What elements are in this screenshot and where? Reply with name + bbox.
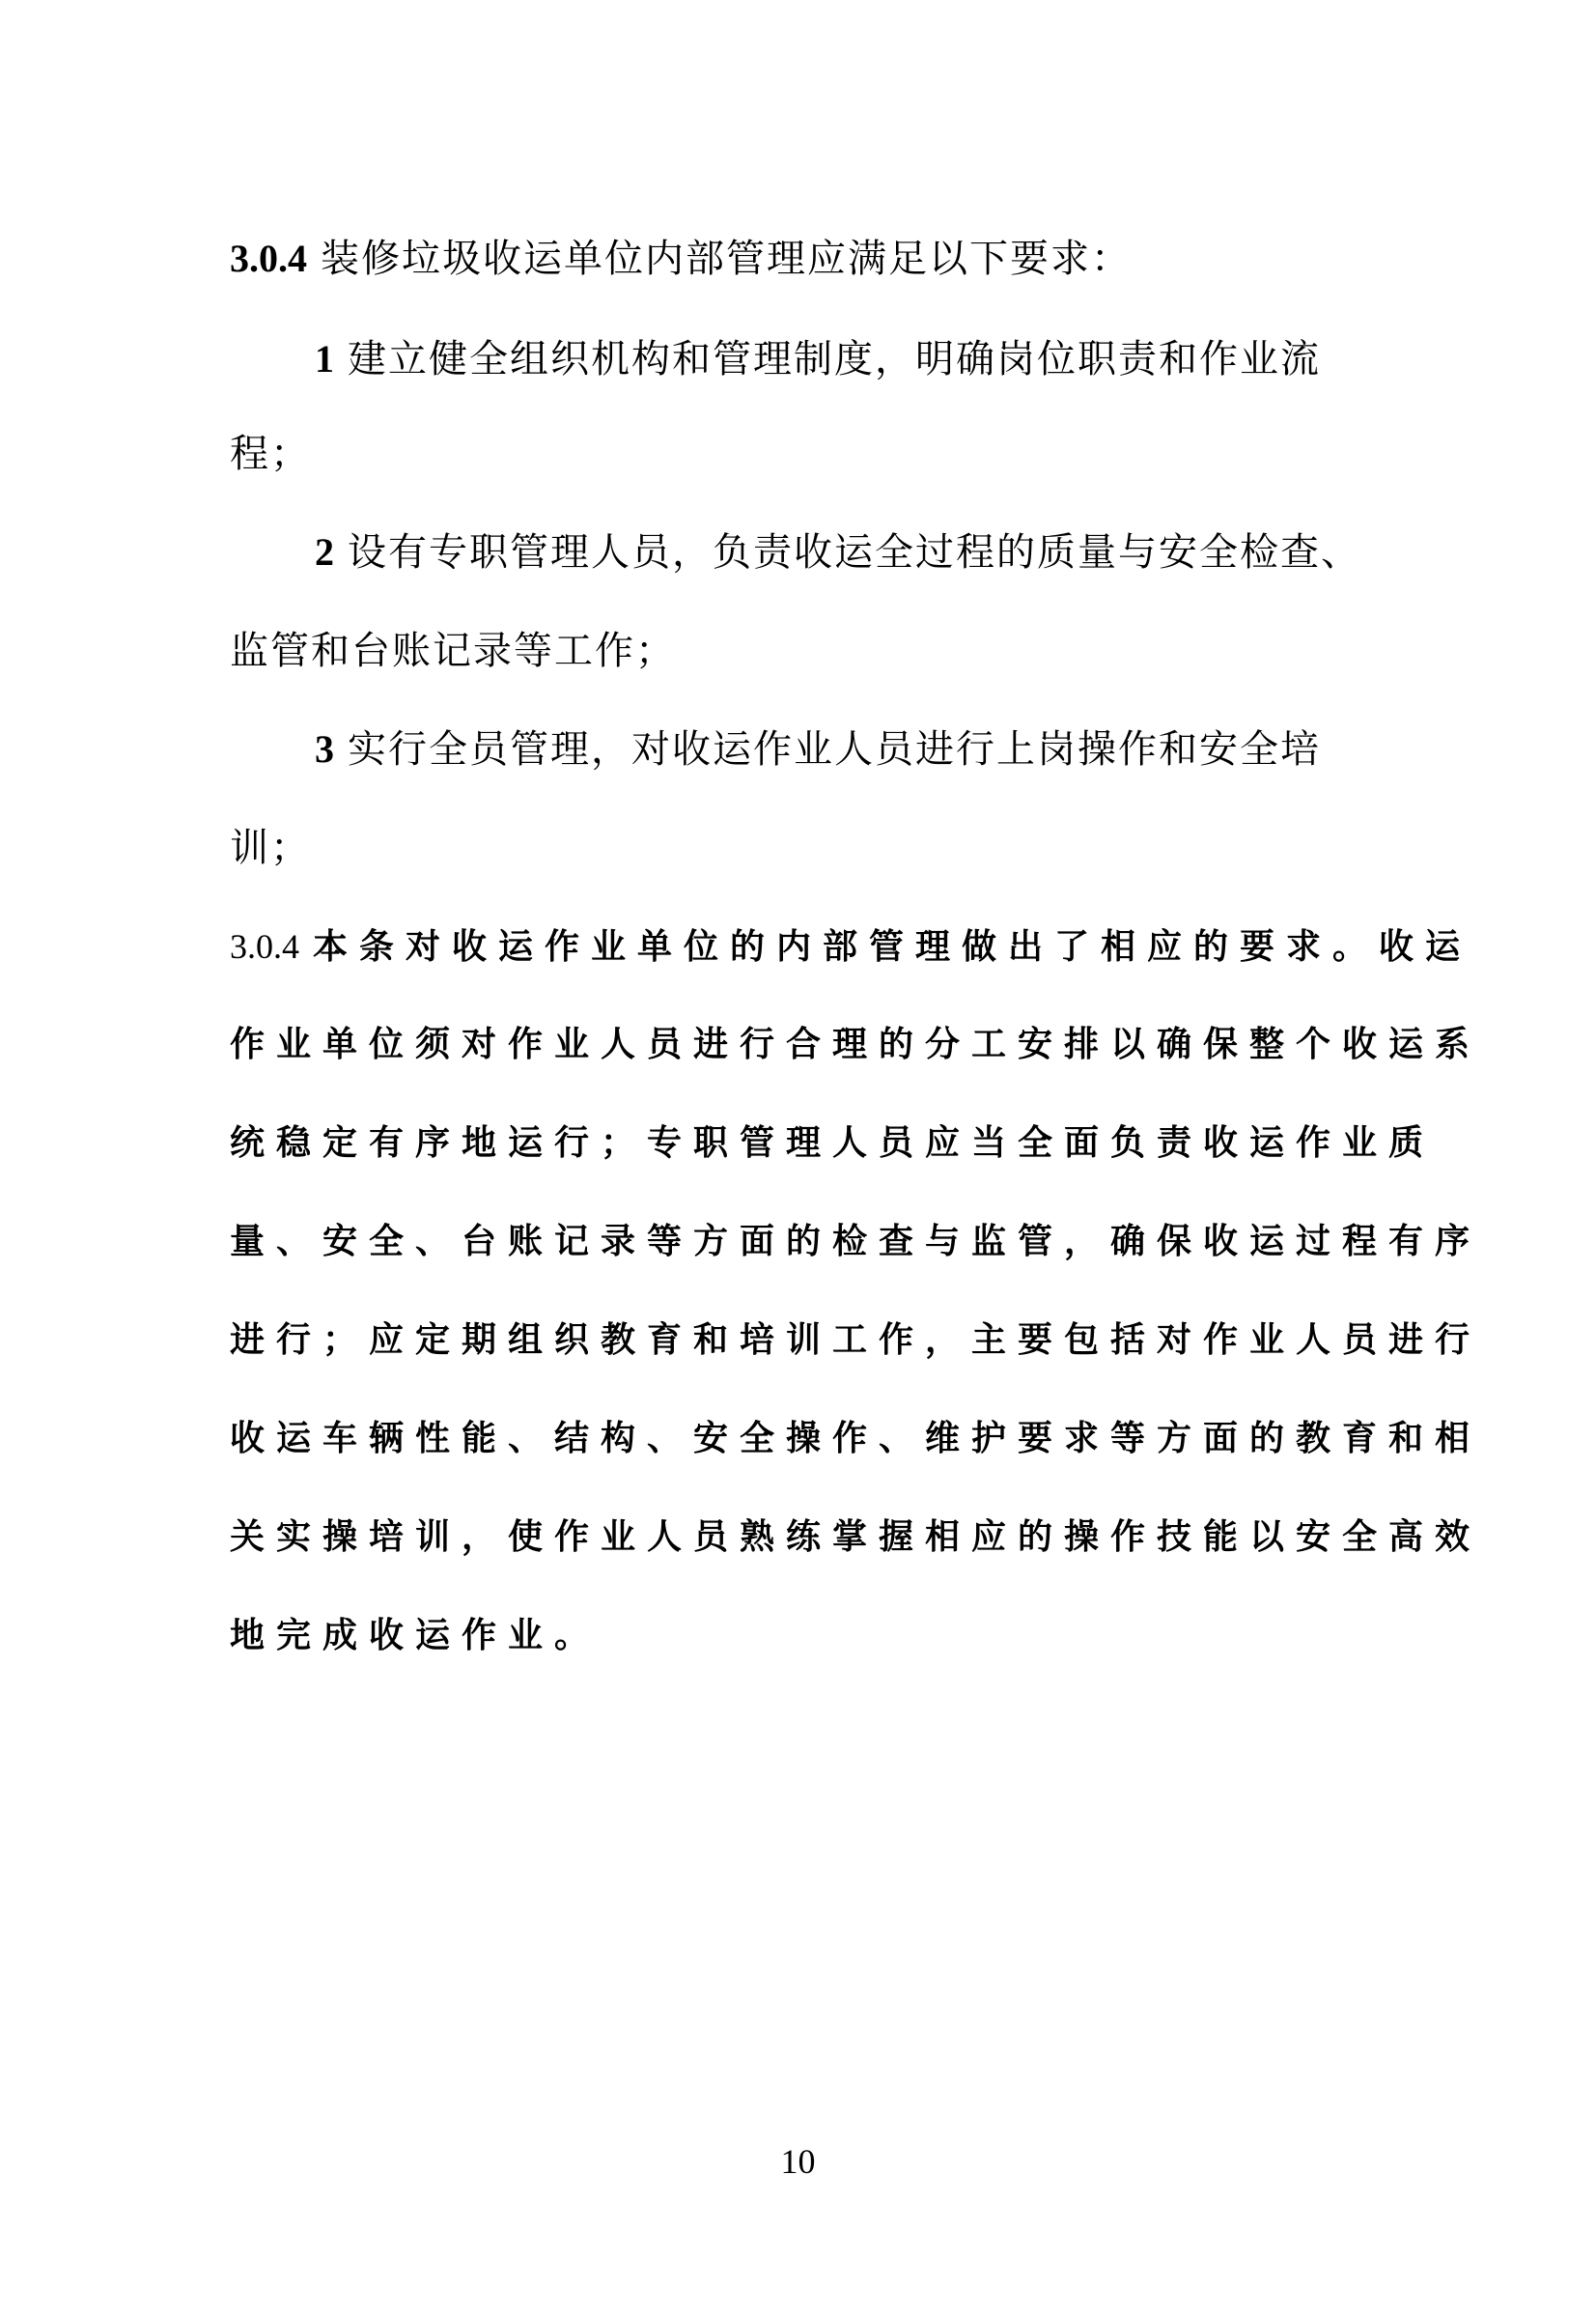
clause-item-3: 3实行全员管理，对收运作业人员进行上岗操作和安全培: [315, 726, 1321, 773]
item-number: 1: [315, 337, 334, 381]
commentary-line-1: 3.0.4本条对收运作业单位的内部管理做出了相应的要求。收运: [230, 923, 1471, 971]
clause-item-1: 1建立健全组织机构和管理制度，明确岗位职责和作业流: [315, 336, 1321, 382]
clause-item-1-continuation: 程；: [230, 431, 311, 477]
clause-number: 3.0.4: [230, 237, 307, 280]
clause-heading: 3.0.4装修垃圾收运单位内部管理应满足以下要求：: [230, 236, 1132, 282]
commentary-line-2: 作业单位须对作业人员进行合理的分工安排以确保整个收运系: [230, 1022, 1481, 1068]
commentary-line-3: 统稳定有序地运行；专职管理人员应当全面负责收运作业质: [230, 1120, 1435, 1167]
item-number: 3: [315, 727, 334, 771]
clause-item-2: 2设有专职管理人员，负责收运全过程的质量与安全检查、: [315, 529, 1361, 576]
document-page: 3.0.4装修垃圾收运单位内部管理应满足以下要求： 1建立健全组织机构和管理制度…: [0, 0, 1596, 2316]
item-number: 2: [315, 530, 334, 574]
commentary-line-4: 量、安全、台账记录等方面的检查与监管，确保收运过程有序: [230, 1219, 1481, 1265]
commentary-line-7: 关实操培训，使作业人员熟练掌握相应的操作技能以安全高效: [230, 1514, 1481, 1561]
item-text: 设有专职管理人员，负责收运全过程的质量与安全检查、: [348, 530, 1361, 575]
item-text: 建立健全组织机构和管理制度，明确岗位职责和作业流: [348, 337, 1321, 381]
commentary-line-8: 地完成收运作业。: [230, 1613, 601, 1659]
clause-item-3-continuation: 训；: [230, 825, 311, 871]
commentary-line-5: 进行；应定期组织教育和培训工作，主要包括对作业人员进行: [230, 1317, 1481, 1364]
clause-item-2-continuation: 监管和台账记录等工作；: [230, 628, 676, 674]
item-text: 实行全员管理，对收运作业人员进行上岗操作和安全培: [348, 727, 1321, 772]
commentary-number: 3.0.4: [230, 927, 299, 966]
page-number: 10: [0, 2142, 1596, 2181]
clause-title: 装修垃圾收运单位内部管理应满足以下要求：: [321, 237, 1132, 281]
commentary-line-6: 收运车辆性能、结构、安全操作、维护要求等方面的教育和相: [230, 1416, 1481, 1462]
